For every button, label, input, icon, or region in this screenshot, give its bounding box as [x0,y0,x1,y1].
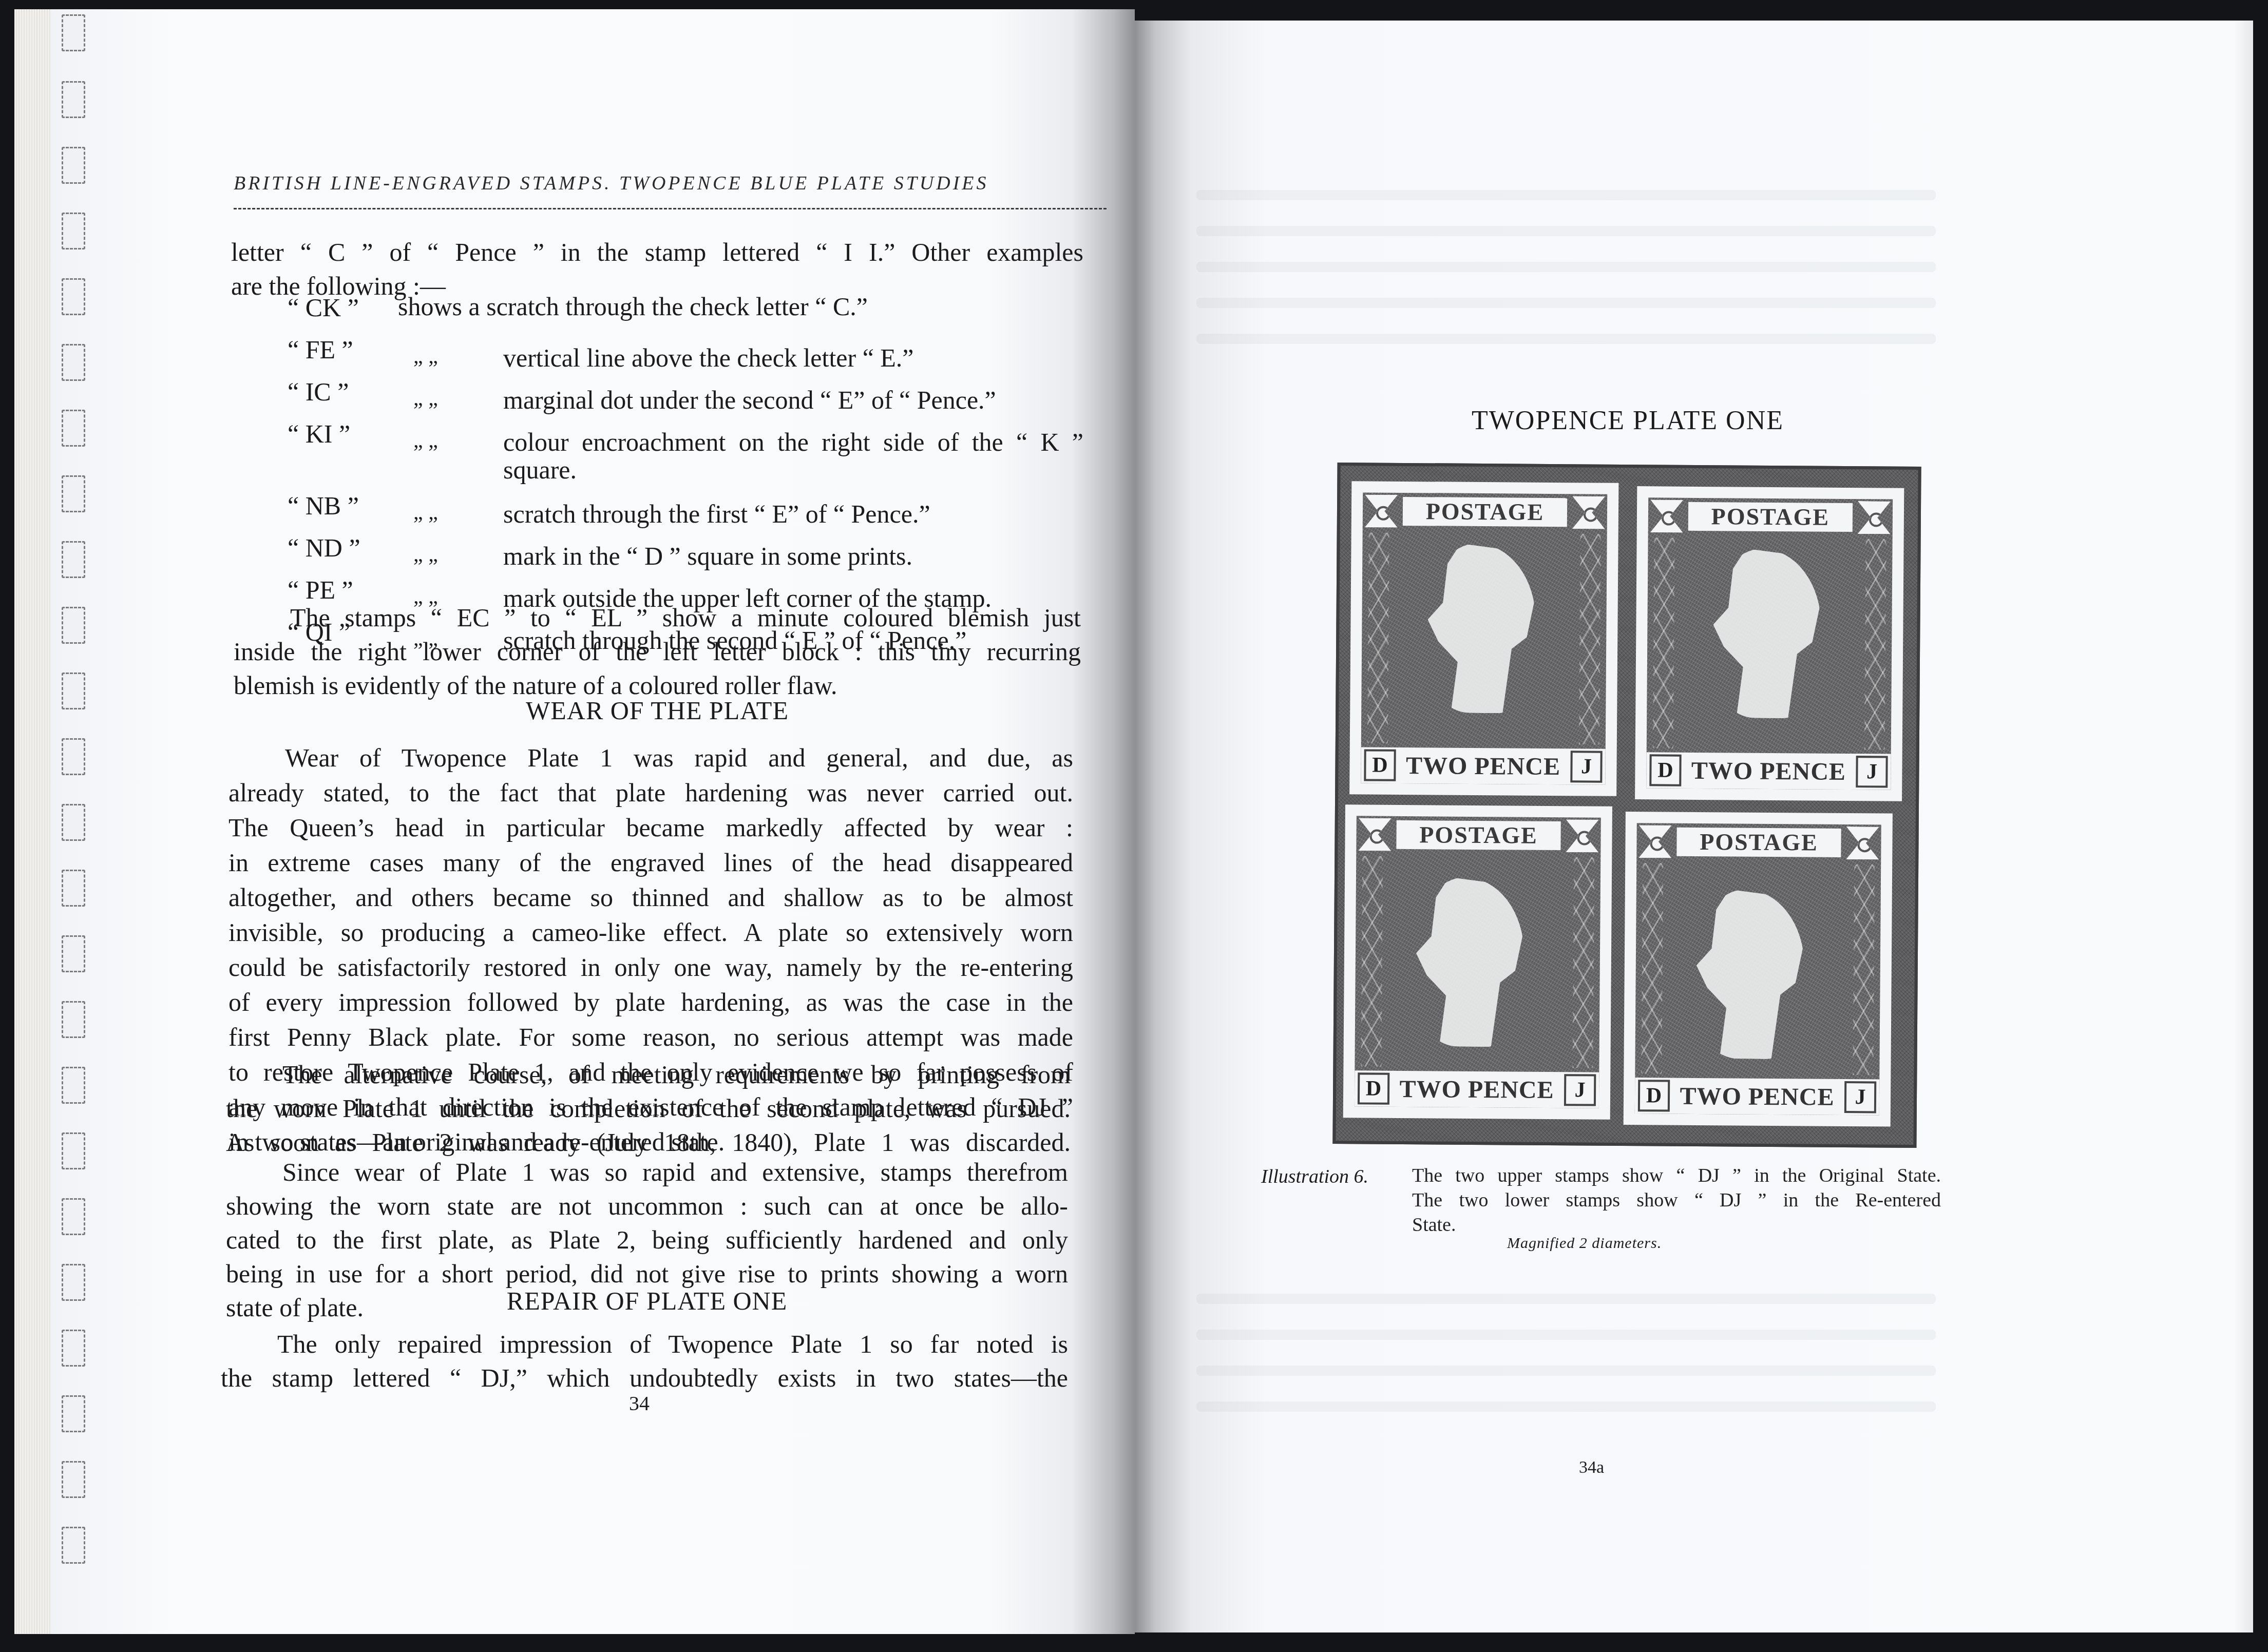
binding-hole-icon [62,935,85,972]
bleed-through-texture [1196,226,1936,236]
stamp-lower-left: POSTAGE D TWO PENCE J [1343,804,1612,1120]
stamp-value-tablet: D TWO PENCE J [1361,747,1605,784]
example-description: scratch through the first “ E” of “ Penc… [503,500,1083,528]
text-line: cated to the first plate, as Plate 2, be… [226,1223,1068,1257]
stamp-border-pattern [1361,856,1383,1066]
stamp-code: “ CK ” [288,293,359,322]
stamp-top-label: POSTAGE [1403,497,1567,527]
check-letter-right: J [1844,1081,1876,1113]
check-letter-left: D [1638,1080,1670,1111]
check-letter-left: D [1364,749,1396,781]
text-line: inside the right lower corner of the lef… [234,635,1081,668]
binding-hole-icon [62,804,85,841]
binding-hole-icon [62,1001,85,1038]
text-line: altogether, and others became so thinned… [228,880,1073,915]
stamp-code: “ NB ” [288,491,359,521]
text-line: the worn Plate 1 until the completion of… [226,1091,1071,1125]
binding-hole-icon [62,673,85,709]
stamp-value-tablet: D TWO PENCE J [1355,1070,1599,1108]
example-description: vertical line above the check letter “ E… [503,344,1083,372]
bleed-through-texture [1196,298,1936,308]
stamp-border-pattern [1653,537,1675,748]
page-number: 34 [629,1391,650,1415]
check-letter-left: D [1358,1072,1389,1104]
text-line: letter “ C ” of “ Pence ” in the stamp l… [231,235,1083,269]
bleed-through-texture [1196,1294,1936,1304]
binding-hole-icon [62,738,85,775]
binding-hole-icon [62,1395,85,1432]
running-head-rule [234,208,1107,209]
section-heading-repair: REPAIR OF PLATE ONE [221,1286,1073,1316]
example-description: colour encroachment on the right side of… [503,428,1083,484]
section-heading-wear: WEAR OF THE PLATE [231,696,1083,725]
page-number: 34a [1579,1458,1604,1477]
stamp-value-label: TWO PENCE [1399,751,1567,780]
stamp-border-pattern [1853,865,1875,1075]
binding-hole-icon [62,1330,85,1367]
text-line: could be satisfactorily restored in only… [228,950,1073,985]
text-line: of every impression followed by plate ha… [228,985,1073,1020]
stamp-value-tablet: D TWO PENCE J [1646,752,1891,790]
text-line: As soon as Plate 2 was ready (July 18th,… [226,1125,1071,1159]
stamp-upper-left: POSTAGE D TWO PENCE J [1349,481,1618,796]
repair-paragraph: The only repaired impression of Twopence… [221,1327,1068,1395]
ditto-marks: „ „ [413,542,438,567]
binding-hole-icon [62,81,85,118]
stamp-top-label: POSTAGE [1688,502,1853,532]
list-item: “ ND ” „ „ mark in the “ D ” square in s… [288,533,1089,575]
stamp-border-pattern [1579,534,1601,744]
caption-line: The two upper stamps show “ DJ ” in the … [1412,1163,1941,1188]
binding-hole-icon [62,1264,85,1301]
bleed-through-texture [1196,190,1936,200]
binding-hole-icon [62,344,85,381]
ditto-marks: „ „ [413,344,438,369]
bleed-through-texture [1196,1366,1936,1376]
list-item: “ NB ” „ „ scratch through the first “ E… [288,491,1089,533]
caption-line: The two lower stamps show “ DJ ” in the … [1412,1188,1941,1213]
binding-hole-icon [62,607,85,644]
stamp-value-label: TWO PENCE [1684,756,1853,785]
stamp-block-illustration: POSTAGE D TWO PENCE J POSTAGE D TWO PENC… [1332,463,1921,1148]
ditto-marks: „ „ [413,500,438,525]
illustration-label: Illustration 6. [1261,1165,1368,1188]
stamp-value-tablet: D TWO PENCE J [1635,1078,1879,1115]
caption-line: State. [1412,1213,1941,1237]
text-line: The alternative course, of meeting requi… [226,1058,1071,1091]
illustration-title: TWOPENCE PLATE ONE [1345,406,1910,436]
check-letter-right: J [1856,756,1888,787]
check-letter-left: D [1649,754,1681,786]
text-line: in extreme cases many of the engraved li… [228,845,1073,880]
stamp-code: “ ND ” [288,533,360,563]
text-line: invisible, so producing a cameo-like eff… [228,915,1073,950]
text-line: first Penny Black plate. For some reason… [228,1020,1073,1054]
binding-hole-icon [62,541,85,578]
stamp-upper-right: POSTAGE D TWO PENCE J [1635,486,1904,801]
stamp-code: “ IC ” [288,377,349,407]
ditto-marks: „ „ [413,386,438,411]
list-item: “ KI ” „ „ colour encroachment on the ri… [288,419,1089,491]
stamp-border-pattern [1572,857,1594,1068]
binding-hole-icon [62,1461,85,1498]
stamp-value-label: TWO PENCE [1673,1082,1841,1111]
list-item: “ IC ” „ „ marginal dot under the second… [288,377,1089,419]
example-description: mark in the “ D ” square in some prints. [503,542,1083,570]
check-letter-right: J [1570,751,1602,782]
binding-hole-icon [62,1067,85,1104]
binding-hole-icon [62,475,85,512]
text-line: The only repaired impression of Twopence… [221,1327,1068,1361]
blemish-paragraph: The stamps “ EC ” to “ EL ” show a minut… [234,601,1081,702]
stamp-value-label: TWO PENCE [1393,1074,1561,1104]
text-line: The stamps “ EC ” to “ EL ” show a minut… [234,601,1081,635]
text-line: the stamp lettered “ DJ,” which undoubte… [221,1361,1068,1395]
bleed-through-texture [1196,1401,1936,1412]
bleed-through-texture [1196,1330,1936,1340]
stamp-border-pattern [1864,539,1886,750]
binding-hole-icon [62,1132,85,1169]
bleed-through-texture [1196,262,1936,272]
binding-hole-icon [62,213,85,249]
example-description: marginal dot under the second “ E” of “ … [503,386,1083,414]
binding-hole-icon [62,147,85,184]
text-line: The Queen’s head in particular became ma… [228,810,1073,845]
list-item: “ FE ” „ „ vertical line above the check… [288,335,1089,377]
running-head: BRITISH LINE-ENGRAVED STAMPS. TWOPENCE B… [234,172,1096,195]
text-line: Wear of Twopence Plate 1 was rapid and g… [228,740,1073,775]
ditto-marks: „ „ [413,428,438,453]
binding-hole-icon [62,870,85,907]
stamp-top-label: POSTAGE [1396,820,1560,850]
binding-hole-icon [62,410,85,447]
alternative-paragraph: The alternative course, of meeting requi… [226,1058,1071,1159]
stamp-border-pattern [1367,532,1389,743]
illustration-caption: The two upper stamps show “ DJ ” in the … [1412,1163,1941,1237]
stamp-top-label: POSTAGE [1676,828,1841,857]
list-item: “ CK ” shows a scratch through the check… [288,293,1089,335]
stamp-lower-right: POSTAGE D TWO PENCE J [1624,812,1893,1127]
magnification-note: Magnified 2 diameters. [1507,1235,1662,1252]
binding-hole-icon [62,1527,85,1564]
page-edge-strip [14,9,50,1634]
binding-hole-icon [62,1198,85,1235]
bleed-through-texture [1196,334,1936,344]
stamp-code: “ KI ” [288,419,350,449]
check-letter-right: J [1564,1074,1596,1106]
stamp-code: “ FE ” [288,335,353,364]
text-line: already stated, to the fact that plate h… [228,775,1073,810]
stamp-border-pattern [1641,863,1663,1073]
binding-hole-icon [62,14,85,51]
text-line: showing the worn state are not uncommon … [226,1189,1068,1223]
text-line: Since wear of Plate 1 was so rapid and e… [226,1155,1068,1189]
binding-hole-icon [62,278,85,315]
example-description: shows a scratch through the check letter… [398,293,978,320]
